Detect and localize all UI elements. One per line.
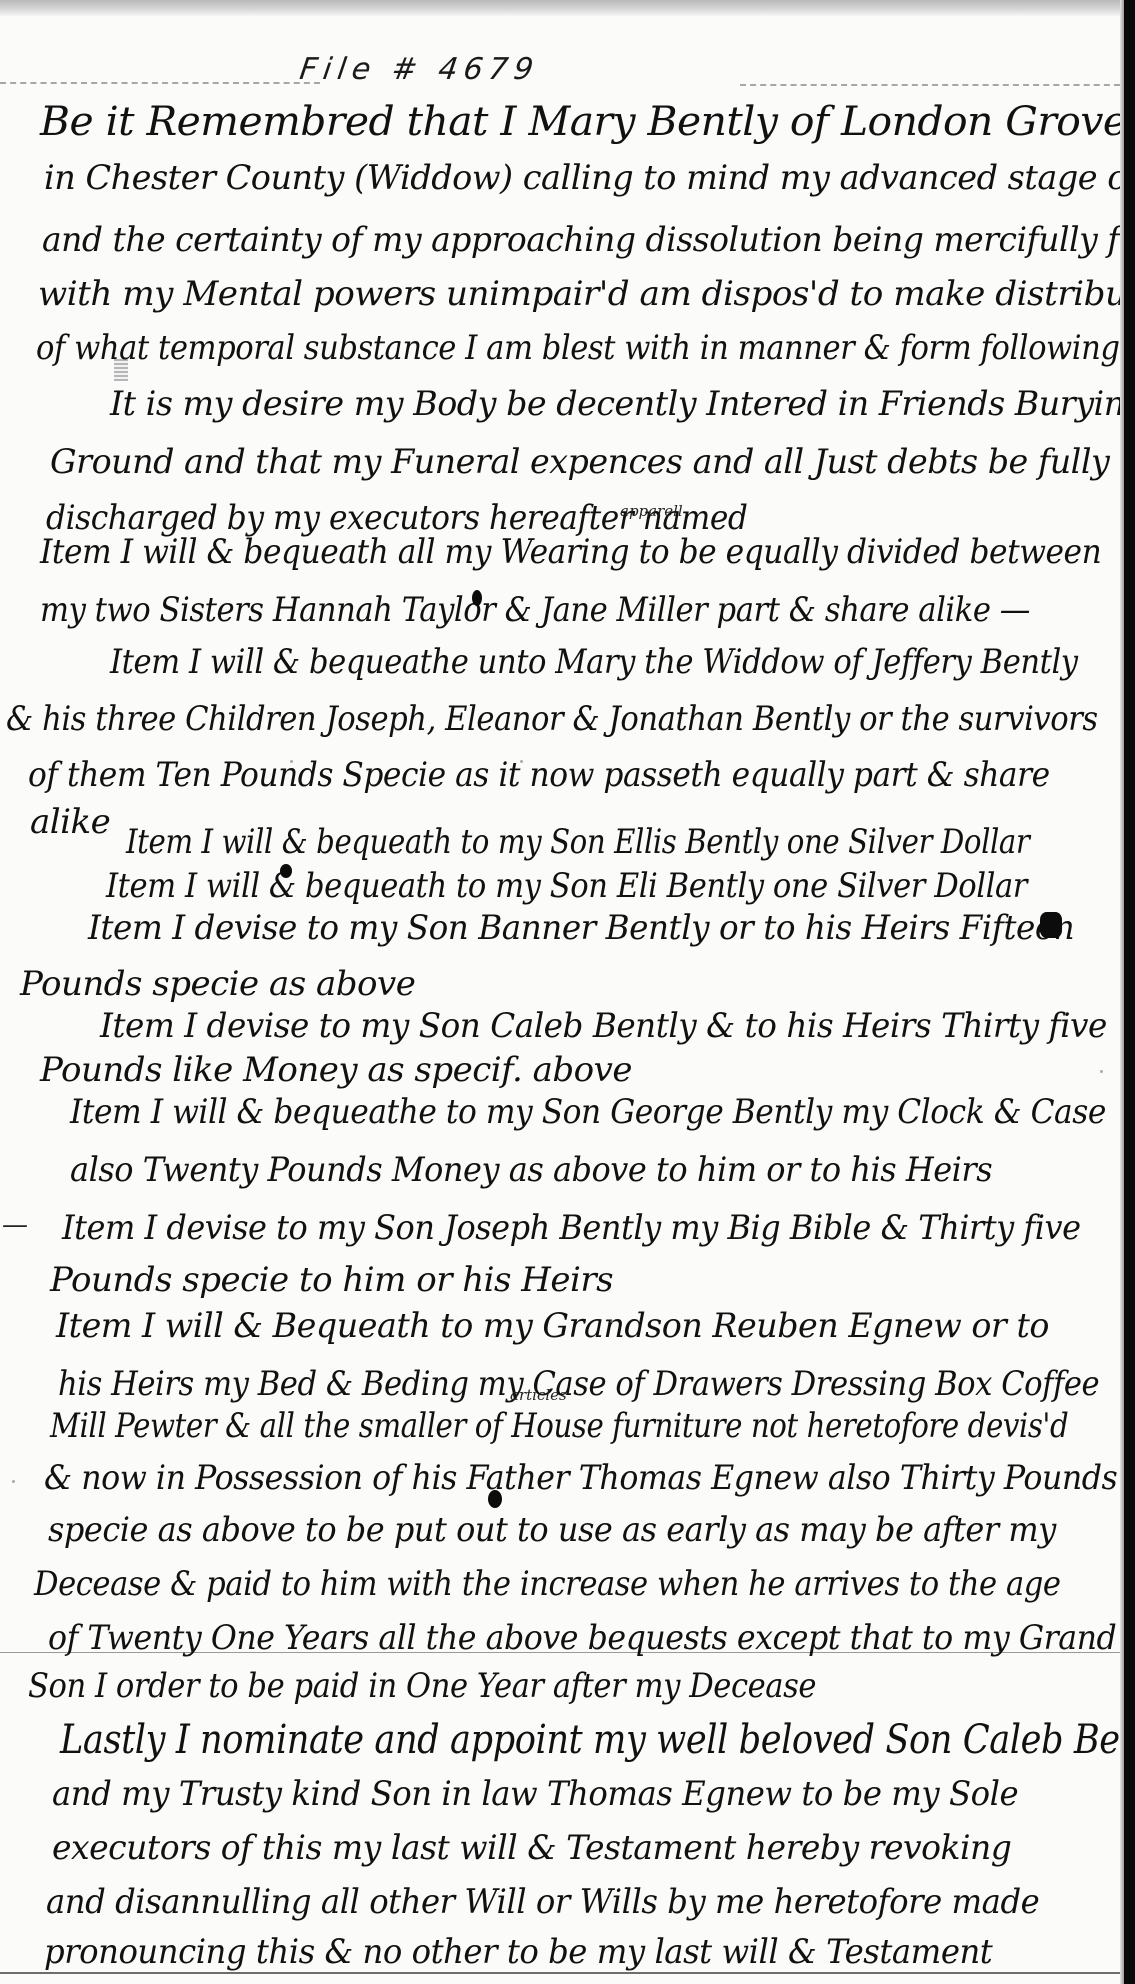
- top-dotted-rule-right: [740, 84, 1120, 86]
- will-line: in Chester County (Widdow) calling to mi…: [44, 156, 1124, 200]
- will-line: Item I will & bequeath to my Son Eli Ben…: [106, 864, 1027, 908]
- will-line: Item I devise to my Son Banner Bently or…: [88, 906, 1074, 950]
- will-line: Item I will & Bequeath to my Grandson Re…: [56, 1304, 1049, 1348]
- will-line: his Heirs my Bed & Beding my Case of Dra…: [58, 1362, 1099, 1406]
- will-line: Item I will & bequeath to my Son Ellis B…: [126, 820, 1029, 864]
- scan-top-shadow: [0, 0, 1124, 16]
- top-dotted-rule: [0, 82, 320, 84]
- will-line: Item I will & bequeathe to my Son George…: [70, 1090, 1106, 1134]
- scan-speck: [290, 760, 293, 763]
- will-line: Decease & paid to him with the increase …: [34, 1562, 1061, 1606]
- will-line: Ground and that my Funeral expences and …: [50, 440, 1109, 484]
- will-line: specie as above to be put out to use as …: [48, 1508, 1056, 1552]
- will-line: & his three Children Joseph, Eleanor & J…: [6, 697, 1098, 741]
- will-line: It is my desire my Body be decently Inte…: [110, 382, 1124, 426]
- will-line: with my Mental powers unimpair'd am disp…: [38, 272, 1124, 316]
- will-line: & now in Possession of his Father Thomas…: [44, 1456, 1117, 1500]
- margin-dash: —: [2, 1210, 28, 1240]
- scan-speck: [1100, 1070, 1103, 1073]
- will-line: of what temporal substance I am blest wi…: [36, 326, 1124, 370]
- scan-speck: [610, 1320, 613, 1323]
- scan-speck: [12, 1480, 15, 1483]
- will-line: Item I will & bequeathe unto Mary the Wi…: [110, 640, 1078, 684]
- will-line: of Twenty One Years all the above beques…: [48, 1616, 1116, 1660]
- will-line: and disannulling all other Will or Wills…: [46, 1880, 1039, 1924]
- interlineation-articles: articles: [510, 1386, 567, 1404]
- will-line: Pounds specie as above: [20, 962, 415, 1006]
- ink-blot: [280, 864, 292, 878]
- will-line: Pounds like Money as specif. above: [40, 1048, 632, 1092]
- will-line: Mill Pewter & all the smaller of House f…: [50, 1404, 1068, 1448]
- will-line: Item I devise to my Son Joseph Bently my…: [62, 1206, 1081, 1250]
- scanned-page: File # 4679 Be it Remembred that I Mary …: [0, 0, 1124, 1984]
- ink-blot: [488, 1490, 502, 1508]
- will-line: alike: [30, 800, 110, 844]
- will-line: and my Trusty kind Son in law Thomas Egn…: [52, 1772, 1018, 1816]
- will-line: of them Ten Pounds Specie as it now pass…: [28, 753, 1050, 797]
- scan-speck: [520, 760, 523, 763]
- interlineation-apparel: apparell: [620, 502, 683, 520]
- will-line: also Twenty Pounds Money as above to him…: [70, 1148, 992, 1192]
- will-line: Pounds specie to him or his Heirs: [50, 1258, 613, 1302]
- ink-blot: [1040, 912, 1062, 938]
- will-line: Lastly I nominate and appoint my well be…: [60, 1718, 1124, 1762]
- will-line: Be it Remembred that I Mary Bently of Lo…: [40, 100, 1124, 144]
- will-line: and the certainty of my approaching diss…: [42, 218, 1124, 262]
- will-line: Item I will & bequeath all my Wearing to…: [40, 530, 1101, 574]
- will-line: pronouncing this & no other to be my las…: [44, 1930, 992, 1974]
- file-number: File # 4679: [298, 52, 542, 87]
- scan-black-border: [1124, 0, 1135, 1984]
- ink-blot: [472, 590, 482, 606]
- will-line: Item I devise to my Son Caleb Bently & t…: [100, 1004, 1107, 1048]
- will-line: Son I order to be paid in One Year after…: [28, 1664, 816, 1708]
- will-line: my two Sisters Hannah Taylor & Jane Mill…: [40, 588, 1030, 632]
- will-line: executors of this my last will & Testame…: [52, 1826, 1011, 1870]
